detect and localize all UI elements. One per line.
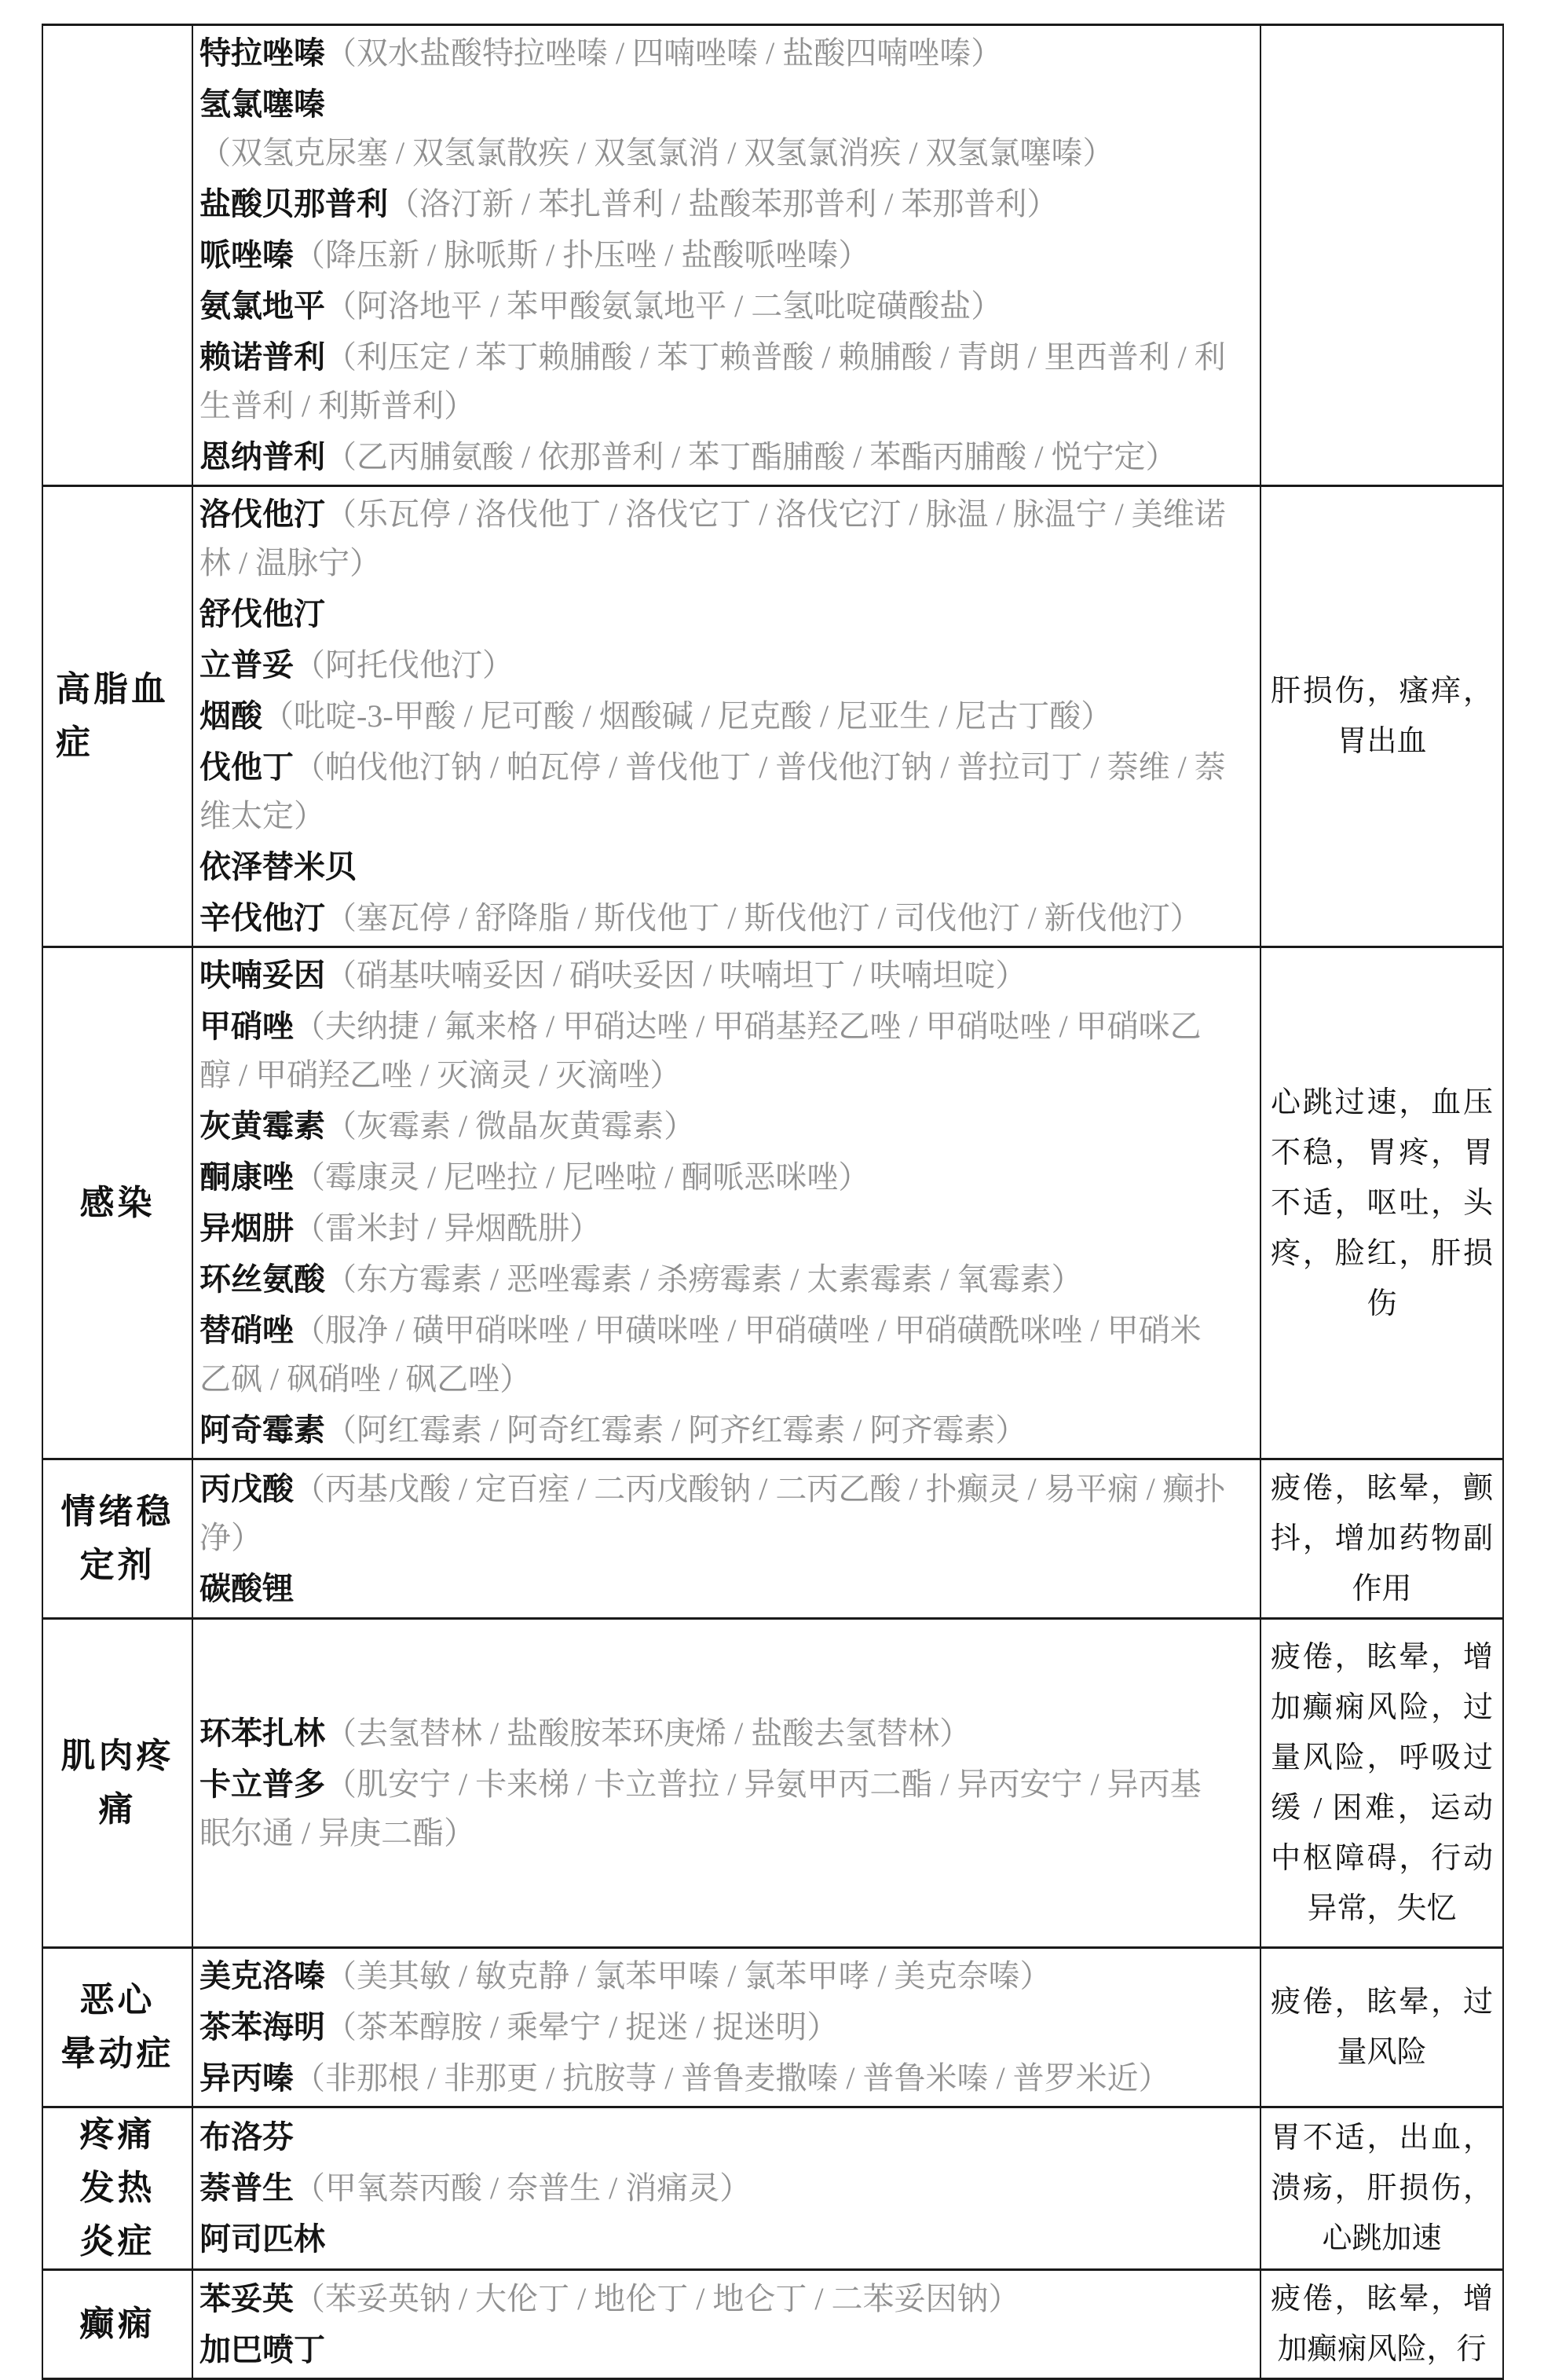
drug-name: 萘普生 — [199, 2170, 294, 2206]
drug-entry: 灰黄霉素（灰霉素 / 微晶灰黄霉素） — [199, 1102, 1228, 1151]
side-effects-cell: 疲倦，眩晕，增加癫痫风险，过量风险，呼吸过缓 / 困难，运动中枢障碍，行动异常，… — [1260, 1619, 1503, 1948]
drug-name: 异烟肼 — [199, 1210, 294, 1246]
drug-entry: 卡立普多（肌安宁 / 卡来梯 / 卡立普拉 / 异氨甲丙二酯 / 异丙安宁 / … — [199, 1760, 1228, 1858]
drug-list-cell: 呋喃妥因（硝基呋喃妥因 / 硝呋妥因 / 呋喃坦丁 / 呋喃坦啶）甲硝唑（夫纳捷… — [192, 947, 1260, 1459]
drug-alt-names: （夫纳捷 / 氟来格 / 甲硝达唑 / 甲硝基羟乙唑 / 甲硝哒唑 / 甲硝咪乙… — [199, 1009, 1202, 1093]
drug-entry: 盐酸贝那普利（洛汀新 / 苯扎普利 / 盐酸苯那普利 / 苯那普利） — [199, 180, 1228, 229]
drug-alt-names: （阿洛地平 / 苯甲酸氨氯地平 / 二氢吡啶磺酸盐） — [325, 288, 1002, 324]
drug-alt-names: （服净 / 磺甲硝咪唑 / 甲磺咪唑 / 甲硝磺唑 / 甲硝磺酰咪唑 / 甲硝米… — [199, 1313, 1202, 1397]
category-line: 晕动症 — [49, 2027, 185, 2081]
category-line: 疼痛 — [49, 2108, 185, 2162]
drug-entry: 舒伐他汀 — [199, 590, 1228, 639]
drug-alt-names: （灰霉素 / 微晶灰黄霉素） — [325, 1108, 695, 1144]
side-effects-cell: 疲倦，眩晕，过量风险 — [1260, 1948, 1503, 2107]
drug-table-body: 特拉唑嗪（双水盐酸特拉唑嗪 / 四喃唑嗪 / 盐酸四喃唑嗪）氢氯噻嗪（双氢克尿塞… — [42, 25, 1503, 2379]
drug-entry: 阿奇霉素（阿红霉素 / 阿奇红霉素 / 阿齐红霉素 / 阿齐霉素） — [199, 1406, 1228, 1455]
drug-entry: 伐他丁（帕伐他汀钠 / 帕瓦停 / 普伐他丁 / 普伐他汀钠 / 普拉司丁 / … — [199, 743, 1228, 840]
drug-alt-names: （东方霉素 / 恶唑霉素 / 杀痨霉素 / 太素霉素 / 氧霉素） — [325, 1261, 1082, 1297]
drug-entry: 异丙嗪（非那根 / 非那更 / 抗胺荨 / 普鲁麦撒嗪 / 普鲁米嗪 / 普罗米… — [199, 2054, 1228, 2103]
drug-name: 丙戊酸 — [199, 1471, 294, 1507]
category-line: 癫痫 — [49, 2298, 185, 2351]
drug-name: 立普妥 — [199, 647, 294, 683]
drug-name: 碳酸锂 — [199, 1571, 294, 1606]
drug-list-cell: 环苯扎林（去氢替林 / 盐酸胺苯环庚烯 / 盐酸去氢替林）卡立普多（肌安宁 / … — [192, 1619, 1260, 1948]
drug-alt-names: （美其敏 / 敏克静 / 氯苯甲嗪 / 氯苯甲哮 / 美克奈嗪） — [325, 1958, 1051, 1994]
drug-name: 布洛芬 — [199, 2119, 294, 2155]
drug-entry: 酮康唑（霉康灵 / 尼唑拉 / 尼唑啦 / 酮哌恶咪唑） — [199, 1153, 1228, 1202]
table-row: 情绪稳定剂 丙戊酸（丙基戊酸 / 定百痓 / 二丙戊酸钠 / 二丙乙酸 / 扑癫… — [42, 1459, 1503, 1619]
drug-alt-names: （降压新 / 脉哌斯 / 扑压唑 / 盐酸哌唑嗪） — [294, 237, 869, 273]
drug-entry: 阿司匹林 — [199, 2215, 1228, 2264]
drug-entry: 环苯扎林（去氢替林 / 盐酸胺苯环庚烯 / 盐酸去氢替林） — [199, 1709, 1228, 1758]
side-effects-cell: 胃不适，出血，溃疡，肝损伤，心跳加速 — [1260, 2107, 1503, 2270]
drug-alt-names: （去氢替林 / 盐酸胺苯环庚烯 / 盐酸去氢替林） — [325, 1715, 971, 1751]
drug-name: 依泽替米贝 — [199, 849, 357, 884]
category-line: 肌肉疼 — [49, 1730, 185, 1783]
drug-name: 哌唑嗪 — [199, 237, 294, 273]
drug-name: 赖诺普利 — [199, 339, 325, 375]
drug-name: 环苯扎林 — [199, 1715, 325, 1751]
drug-alt-names: （双氢克尿塞 / 双氢氯散疾 / 双氢氯消 / 双氢氯消疾 / 双氢氯噻嗪） — [199, 135, 1114, 170]
drug-name: 酮康唑 — [199, 1159, 294, 1195]
drug-name: 盐酸贝那普利 — [199, 186, 388, 222]
drug-entry: 布洛芬 — [199, 2113, 1228, 2162]
drug-alt-names: （双水盐酸特拉唑嗪 / 四喃唑嗪 / 盐酸四喃唑嗪） — [325, 35, 1002, 71]
category-cell: 肌肉疼痛 — [42, 1619, 192, 1948]
drug-alt-names: （利压定 / 苯丁赖脯酸 / 苯丁赖普酸 / 赖脯酸 / 青朗 / 里西普利 /… — [199, 339, 1226, 423]
table-row: 高脂血症 洛伐他汀（乐瓦停 / 洛伐他丁 / 洛伐它丁 / 洛伐它汀 / 脉温 … — [42, 486, 1503, 947]
drug-list-cell: 苯妥英（苯妥英钠 / 大伦丁 / 地伦丁 / 地仑丁 / 二苯妥因钠）加巴喷丁 — [192, 2270, 1260, 2379]
drug-table: 特拉唑嗪（双水盐酸特拉唑嗪 / 四喃唑嗪 / 盐酸四喃唑嗪）氢氯噻嗪（双氢克尿塞… — [42, 24, 1504, 2380]
side-effects-cell: 疲倦，眩晕，增加癫痫风险，行 — [1260, 2270, 1503, 2379]
drug-name: 茶苯海明 — [199, 2009, 325, 2045]
document-page: 特拉唑嗪（双水盐酸特拉唑嗪 / 四喃唑嗪 / 盐酸四喃唑嗪）氢氯噻嗪（双氢克尿塞… — [0, 0, 1544, 2331]
drug-alt-names: （甲氧萘丙酸 / 奈普生 / 消痛灵） — [294, 2170, 751, 2206]
drug-entry: 立普妥（阿托伐他汀） — [199, 641, 1228, 690]
category-cell: 高脂血症 — [42, 486, 192, 947]
category-line: 定剂 — [49, 1539, 185, 1592]
category-cell: 恶心晕动症 — [42, 1948, 192, 2107]
drug-entry: 恩纳普利（乙丙脯氨酸 / 依那普利 / 苯丁酯脯酸 / 苯酯丙脯酸 / 悦宁定） — [199, 433, 1228, 481]
drug-alt-names: （非那根 / 非那更 / 抗胺荨 / 普鲁麦撒嗪 / 普鲁米嗪 / 普罗米近） — [294, 2060, 1170, 2096]
drug-name: 辛伐他汀 — [199, 900, 325, 936]
drug-entry: 赖诺普利（利压定 / 苯丁赖脯酸 / 苯丁赖普酸 / 赖脯酸 / 青朗 / 里西… — [199, 333, 1228, 430]
drug-name: 洛伐他汀 — [199, 496, 325, 532]
drug-name: 氨氯地平 — [199, 288, 325, 324]
category-line: 痛 — [49, 1783, 185, 1836]
table-row: 癫痫 苯妥英（苯妥英钠 / 大伦丁 / 地伦丁 / 地仑丁 / 二苯妥因钠）加巴… — [42, 2270, 1503, 2379]
drug-alt-names: （硝基呋喃妥因 / 硝呋妥因 / 呋喃坦丁 / 呋喃坦啶） — [325, 957, 1026, 993]
drug-entry: 茶苯海明（茶苯醇胺 / 乘晕宁 / 捉迷 / 捉迷明） — [199, 2003, 1228, 2052]
category-cell: 癫痫 — [42, 2270, 192, 2379]
drug-entry: 辛伐他汀（塞瓦停 / 舒降脂 / 斯伐他丁 / 斯伐他汀 / 司伐他汀 / 新伐… — [199, 894, 1228, 943]
drug-alt-names: （乐瓦停 / 洛伐他丁 / 洛伐它丁 / 洛伐它汀 / 脉温 / 脉温宁 / 美… — [199, 496, 1226, 580]
drug-name: 呋喃妥因 — [199, 957, 325, 993]
drug-alt-names: （帕伐他汀钠 / 帕瓦停 / 普伐他丁 / 普伐他汀钠 / 普拉司丁 / 萘维 … — [199, 749, 1226, 833]
drug-entry: 烟酸（吡啶-3-甲酸 / 尼可酸 / 烟酸碱 / 尼克酸 / 尼亚生 / 尼古丁… — [199, 692, 1228, 741]
table-row: 肌肉疼痛 环苯扎林（去氢替林 / 盐酸胺苯环庚烯 / 盐酸去氢替林）卡立普多（肌… — [42, 1619, 1503, 1948]
side-effects-cell: 心跳过速，血压不稳，胃疼，胃不适，呕吐，头疼，脸红，肝损伤 — [1260, 947, 1503, 1459]
drug-alt-names: （吡啶-3-甲酸 / 尼可酸 / 烟酸碱 / 尼克酸 / 尼亚生 / 尼古丁酸） — [262, 698, 1112, 734]
drug-entry: 特拉唑嗪（双水盐酸特拉唑嗪 / 四喃唑嗪 / 盐酸四喃唑嗪） — [199, 29, 1228, 78]
drug-name: 烟酸 — [199, 698, 262, 734]
drug-alt-names: （阿红霉素 / 阿奇红霉素 / 阿齐红霉素 / 阿齐霉素） — [325, 1412, 1026, 1448]
drug-list-cell: 美克洛嗪（美其敏 / 敏克静 / 氯苯甲嗪 / 氯苯甲哮 / 美克奈嗪）茶苯海明… — [192, 1948, 1260, 2107]
category-cell: 情绪稳定剂 — [42, 1459, 192, 1619]
drug-name: 苯妥英 — [199, 2281, 294, 2316]
category-line: 恶心 — [49, 1974, 185, 2027]
drug-name: 阿奇霉素 — [199, 1412, 325, 1448]
drug-list-cell: 洛伐他汀（乐瓦停 / 洛伐他丁 / 洛伐它丁 / 洛伐它汀 / 脉温 / 脉温宁… — [192, 486, 1260, 947]
drug-entry: 加巴喷丁 — [199, 2326, 1228, 2375]
drug-name: 恩纳普利 — [199, 439, 325, 474]
drug-alt-names: （肌安宁 / 卡来梯 / 卡立普拉 / 异氨甲丙二酯 / 异丙安宁 / 异丙基眠… — [199, 1767, 1202, 1851]
category-cell — [42, 25, 192, 486]
drug-alt-names: （苯妥英钠 / 大伦丁 / 地伦丁 / 地仑丁 / 二苯妥因钠） — [294, 2281, 1019, 2316]
drug-entry: 哌唑嗪（降压新 / 脉哌斯 / 扑压唑 / 盐酸哌唑嗪） — [199, 231, 1228, 280]
side-effects-cell: 肝损伤，瘙痒，胃出血 — [1260, 486, 1503, 947]
drug-entry: 洛伐他汀（乐瓦停 / 洛伐他丁 / 洛伐它丁 / 洛伐它汀 / 脉温 / 脉温宁… — [199, 490, 1228, 588]
drug-entry: 氨氯地平（阿洛地平 / 苯甲酸氨氯地平 / 二氢吡啶磺酸盐） — [199, 282, 1228, 331]
category-line: 发热 — [49, 2162, 185, 2215]
drug-entry: 萘普生（甲氧萘丙酸 / 奈普生 / 消痛灵） — [199, 2164, 1228, 2213]
drug-name: 阿司匹林 — [199, 2221, 325, 2257]
drug-entry: 碳酸锂 — [199, 1565, 1228, 1613]
side-effects-cell: 疲倦，眩晕，颤抖，增加药物副作用 — [1260, 1459, 1503, 1619]
drug-list-cell: 丙戊酸（丙基戊酸 / 定百痓 / 二丙戊酸钠 / 二丙乙酸 / 扑癫灵 / 易平… — [192, 1459, 1260, 1619]
drug-entry: 氢氯噻嗪（双氢克尿塞 / 双氢氯散疾 / 双氢氯消 / 双氢氯消疾 / 双氢氯噻… — [199, 80, 1228, 178]
drug-name: 特拉唑嗪 — [199, 35, 325, 71]
drug-name: 伐他丁 — [199, 749, 294, 785]
drug-name: 替硝唑 — [199, 1313, 294, 1348]
table-row: 疼痛发热炎症 布洛芬萘普生（甲氧萘丙酸 / 奈普生 / 消痛灵）阿司匹林 胃不适… — [42, 2107, 1503, 2270]
drug-alt-names: （茶苯醇胺 / 乘晕宁 / 捉迷 / 捉迷明） — [325, 2009, 838, 2045]
category-line: 炎症 — [49, 2215, 185, 2268]
drug-alt-names: （塞瓦停 / 舒降脂 / 斯伐他丁 / 斯伐他汀 / 司伐他汀 / 新伐他汀） — [325, 900, 1202, 936]
drug-name: 甲硝唑 — [199, 1009, 294, 1044]
drug-alt-names: （丙基戊酸 / 定百痓 / 二丙戊酸钠 / 二丙乙酸 / 扑癫灵 / 易平痫 /… — [199, 1471, 1226, 1555]
drug-name: 氢氯噻嗪 — [199, 86, 325, 122]
drug-entry: 替硝唑（服净 / 磺甲硝咪唑 / 甲磺咪唑 / 甲硝磺唑 / 甲硝磺酰咪唑 / … — [199, 1306, 1228, 1404]
drug-entry: 苯妥英（苯妥英钠 / 大伦丁 / 地伦丁 / 地仑丁 / 二苯妥因钠） — [199, 2275, 1228, 2323]
drug-entry: 依泽替米贝 — [199, 843, 1228, 892]
side-effects-cell — [1260, 25, 1503, 486]
drug-name: 加巴喷丁 — [199, 2332, 325, 2367]
drug-entry: 环丝氨酸（东方霉素 / 恶唑霉素 / 杀痨霉素 / 太素霉素 / 氧霉素） — [199, 1255, 1228, 1304]
category-line: 症 — [56, 716, 185, 770]
category-cell: 感染 — [42, 947, 192, 1459]
drug-alt-names: （阿托伐他汀） — [294, 647, 514, 683]
drug-list-cell: 布洛芬萘普生（甲氧萘丙酸 / 奈普生 / 消痛灵）阿司匹林 — [192, 2107, 1260, 2270]
table-row: 恶心晕动症 美克洛嗪（美其敏 / 敏克静 / 氯苯甲嗪 / 氯苯甲哮 / 美克奈… — [42, 1948, 1503, 2107]
category-line: 高脂血 — [56, 663, 185, 716]
table-row: 感染 呋喃妥因（硝基呋喃妥因 / 硝呋妥因 / 呋喃坦丁 / 呋喃坦啶）甲硝唑（… — [42, 947, 1503, 1459]
drug-name: 美克洛嗪 — [199, 1958, 325, 1994]
drug-name: 环丝氨酸 — [199, 1261, 325, 1297]
drug-alt-names: （洛汀新 / 苯扎普利 / 盐酸苯那普利 / 苯那普利） — [388, 186, 1058, 222]
drug-entry: 甲硝唑（夫纳捷 / 氟来格 / 甲硝达唑 / 甲硝基羟乙唑 / 甲硝哒唑 / 甲… — [199, 1002, 1228, 1100]
table-row: 特拉唑嗪（双水盐酸特拉唑嗪 / 四喃唑嗪 / 盐酸四喃唑嗪）氢氯噻嗪（双氢克尿塞… — [42, 25, 1503, 486]
drug-entry: 丙戊酸（丙基戊酸 / 定百痓 / 二丙戊酸钠 / 二丙乙酸 / 扑癫灵 / 易平… — [199, 1465, 1228, 1562]
category-cell: 疼痛发热炎症 — [42, 2107, 192, 2270]
drug-name: 卡立普多 — [199, 1767, 325, 1802]
drug-entry: 美克洛嗪（美其敏 / 敏克静 / 氯苯甲嗪 / 氯苯甲哮 / 美克奈嗪） — [199, 1952, 1228, 2001]
category-line: 感染 — [49, 1177, 185, 1230]
drug-alt-names: （雷米封 / 异烟酰肼） — [294, 1210, 601, 1246]
drug-alt-names: （霉康灵 / 尼唑拉 / 尼唑啦 / 酮哌恶咪唑） — [294, 1159, 869, 1195]
category-line: 情绪稳 — [49, 1485, 185, 1539]
drug-entry: 呋喃妥因（硝基呋喃妥因 / 硝呋妥因 / 呋喃坦丁 / 呋喃坦啶） — [199, 951, 1228, 1000]
drug-entry: 异烟肼（雷米封 / 异烟酰肼） — [199, 1204, 1228, 1253]
drug-name: 异丙嗪 — [199, 2060, 294, 2096]
drug-list-cell: 特拉唑嗪（双水盐酸特拉唑嗪 / 四喃唑嗪 / 盐酸四喃唑嗪）氢氯噻嗪（双氢克尿塞… — [192, 25, 1260, 486]
drug-name: 舒伐他汀 — [199, 596, 325, 632]
drug-alt-names: （乙丙脯氨酸 / 依那普利 / 苯丁酯脯酸 / 苯酯丙脯酸 / 悦宁定） — [325, 439, 1176, 474]
drug-name: 灰黄霉素 — [199, 1108, 325, 1144]
